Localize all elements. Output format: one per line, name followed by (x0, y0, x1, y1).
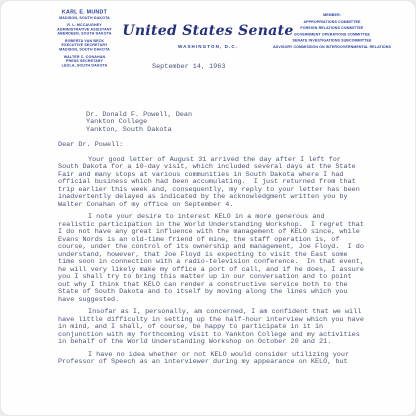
committee-block: MEMBER: APPROPRIATIONS COMMITTEEFOREIGN … (272, 12, 392, 50)
letter-page: KARL E. MUNDT MADISON, SOUTH DAKOTA R. L… (0, 0, 416, 416)
paragraph-list: Your good letter of August 31 arrived th… (58, 157, 365, 367)
sender-location: MADISON, SOUTH DAKOTA (47, 16, 122, 21)
committee-list: APPROPRIATIONS COMMITTEEFOREIGN RELATION… (272, 19, 392, 50)
recipient-block: Dr. Donald F. Powell, DeanYankton Colleg… (86, 112, 365, 135)
member-label: MEMBER: (272, 12, 392, 18)
body-paragraph: I note your desire to interest KELO in a… (58, 214, 365, 304)
sender-name: KARL E. MUNDT (47, 9, 122, 15)
body-paragraph: Your good letter of August 31 arrived th… (58, 157, 365, 210)
date-line: September 14, 1963 (152, 64, 365, 72)
letter-body: September 14, 1963 Dr. Donald F. Powell,… (58, 64, 365, 367)
body-paragraph: I have no idea whether or not KELO would… (58, 352, 365, 367)
senate-subtitle: WASHINGTON, D.C. (178, 44, 238, 49)
salutation: Dear Dr. Powell: (58, 142, 365, 150)
committee-item: ADVISORY COMMISSION ON INTERGOVERNMENTAL… (272, 44, 392, 50)
letterhead: KARL E. MUNDT MADISON, SOUTH DAKOTA R. L… (0, 0, 416, 58)
recipient-line: Yankton, South Dakota (86, 127, 365, 135)
body-paragraph: Insofar as I, personally, am concerned, … (58, 309, 365, 347)
